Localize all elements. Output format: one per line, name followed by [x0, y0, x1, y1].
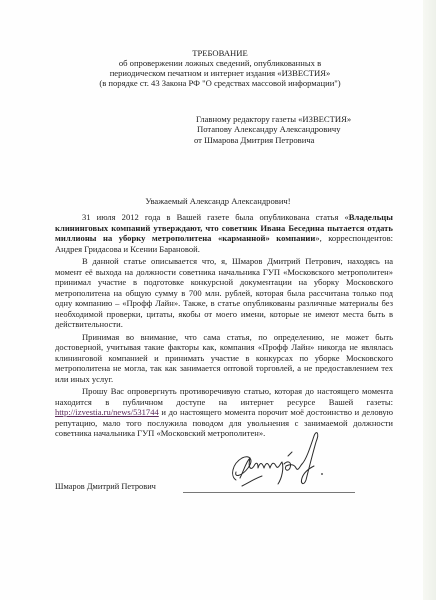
addressee-line-3: от Шмарова Дмитрия Петровича: [194, 135, 351, 145]
signatory-name: Шмаров Дмитрий Петрович: [55, 482, 156, 491]
paragraph-3: Принимая во внимание, что сама статья, п…: [55, 332, 393, 385]
article-link[interactable]: http://izvestia.ru/news/531744: [55, 407, 159, 417]
heading-line-1: об опровержении ложных сведений, опублик…: [60, 58, 380, 68]
signature-line: [183, 492, 355, 493]
heading-line-2: периодическом печатном и интернет издани…: [60, 68, 380, 78]
handwritten-signature: [226, 428, 336, 490]
letter-page: ТРЕБОВАНИЕ об опровержении ложных сведен…: [0, 0, 423, 600]
paragraph-1: 31 июля 2012 года в Вашей газете была оп…: [55, 212, 393, 254]
signature-icon: [226, 428, 336, 490]
scan-edge-strip: [423, 0, 436, 600]
heading-line-3: (в порядке ст. 43 Закона РФ "О средствах…: [60, 78, 380, 88]
paragraph-1-intro: 31 июля 2012 года в Вашей газете была оп…: [82, 212, 349, 222]
paragraph-2: В данной статье описывается что, я, Шмар…: [55, 256, 393, 330]
salutation: Уважаемый Александр Александрович!: [0, 196, 436, 206]
letter-body: 31 июля 2012 года в Вашей газете была оп…: [55, 212, 393, 441]
heading-title: ТРЕБОВАНИЕ: [60, 48, 380, 58]
addressee-line-2: Потапову Александру Александровичу: [196, 124, 351, 134]
addressee-block: Главному редактору газеты «ИЗВЕСТИЯ» Пот…: [196, 114, 351, 145]
paragraph-4: Прошу Вас опровергнуть противоречивую ст…: [55, 386, 393, 439]
addressee-line-1: Главному редактору газеты «ИЗВЕСТИЯ»: [196, 114, 351, 124]
paragraph-4-intro: Прошу Вас опровергнуть противоречивую ст…: [55, 386, 393, 407]
letter-heading: ТРЕБОВАНИЕ об опровержении ложных сведен…: [60, 48, 380, 88]
